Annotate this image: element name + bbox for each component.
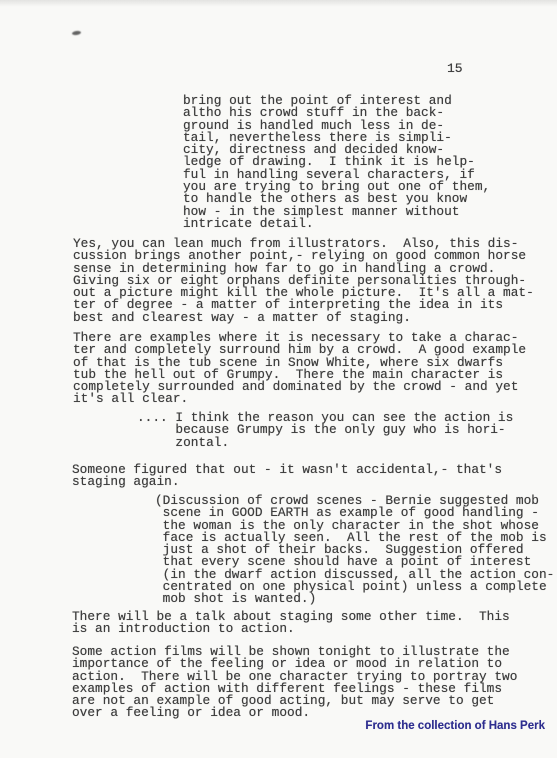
ink-smudge	[72, 30, 81, 35]
parenthetical-note-block: (Discussion of crowd scenes - Bernie sug…	[155, 495, 554, 606]
scanned-document-page: 15 bring out the point of interest and a…	[0, 0, 557, 758]
indented-quote-block: .... I think the reason you can see the …	[137, 412, 513, 449]
page-number: 15	[447, 63, 463, 75]
paragraph-action-films: Some action films will be shown tonight …	[72, 646, 517, 720]
paragraph-illustrators: Yes, you can lean much from illustrators…	[73, 238, 534, 324]
indented-excerpt-block: bring out the point of interest and alth…	[183, 95, 490, 230]
collection-watermark: From the collection of Hans Perk	[365, 720, 545, 732]
paragraph-staging-talk: There will be a talk about staging some …	[72, 611, 510, 636]
paragraph-examples: There are examples where it is necessary…	[73, 332, 526, 406]
scan-edge-shadow	[0, 0, 557, 6]
paragraph-someone-figured: Someone figured that out - it wasn't acc…	[72, 464, 502, 489]
